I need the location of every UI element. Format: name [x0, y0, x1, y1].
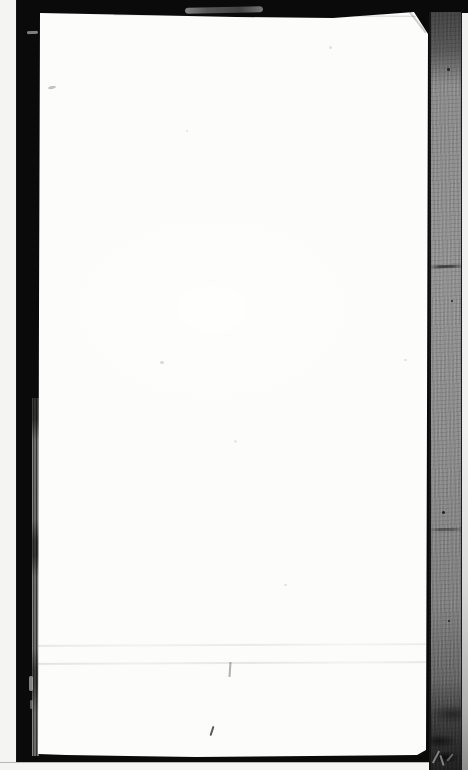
spine-crack-lower	[431, 528, 461, 532]
left-page-edges-texture	[32, 398, 39, 756]
paper-speck	[234, 440, 237, 443]
paper-speck	[284, 584, 287, 586]
scanned-page-image	[0, 0, 468, 770]
paper-crease-upper	[38, 643, 426, 647]
paper-speck	[329, 46, 332, 49]
crease-tick-mark	[228, 662, 231, 677]
small-pen-stroke	[210, 726, 215, 736]
bottom-scan-edge-strip	[0, 762, 429, 770]
paper-crease-lower	[38, 661, 426, 665]
paper-speck	[160, 361, 164, 364]
paper-speck	[404, 359, 407, 361]
spine-speck	[451, 300, 453, 302]
right-scan-edge-sliver	[461, 13, 468, 770]
left-border-tick-mark	[27, 31, 38, 34]
paper-speck	[186, 130, 188, 132]
book-spine-strip	[429, 12, 461, 770]
paper-smudge	[48, 85, 56, 89]
spine-crack-upper	[431, 264, 461, 268]
blank-book-page	[36, 10, 428, 758]
left-border-light-mark	[29, 676, 33, 691]
left-border-light-mark-small	[30, 700, 33, 709]
spine-speck	[442, 511, 445, 514]
spine-speck	[447, 68, 450, 71]
spine-speck	[448, 620, 450, 622]
